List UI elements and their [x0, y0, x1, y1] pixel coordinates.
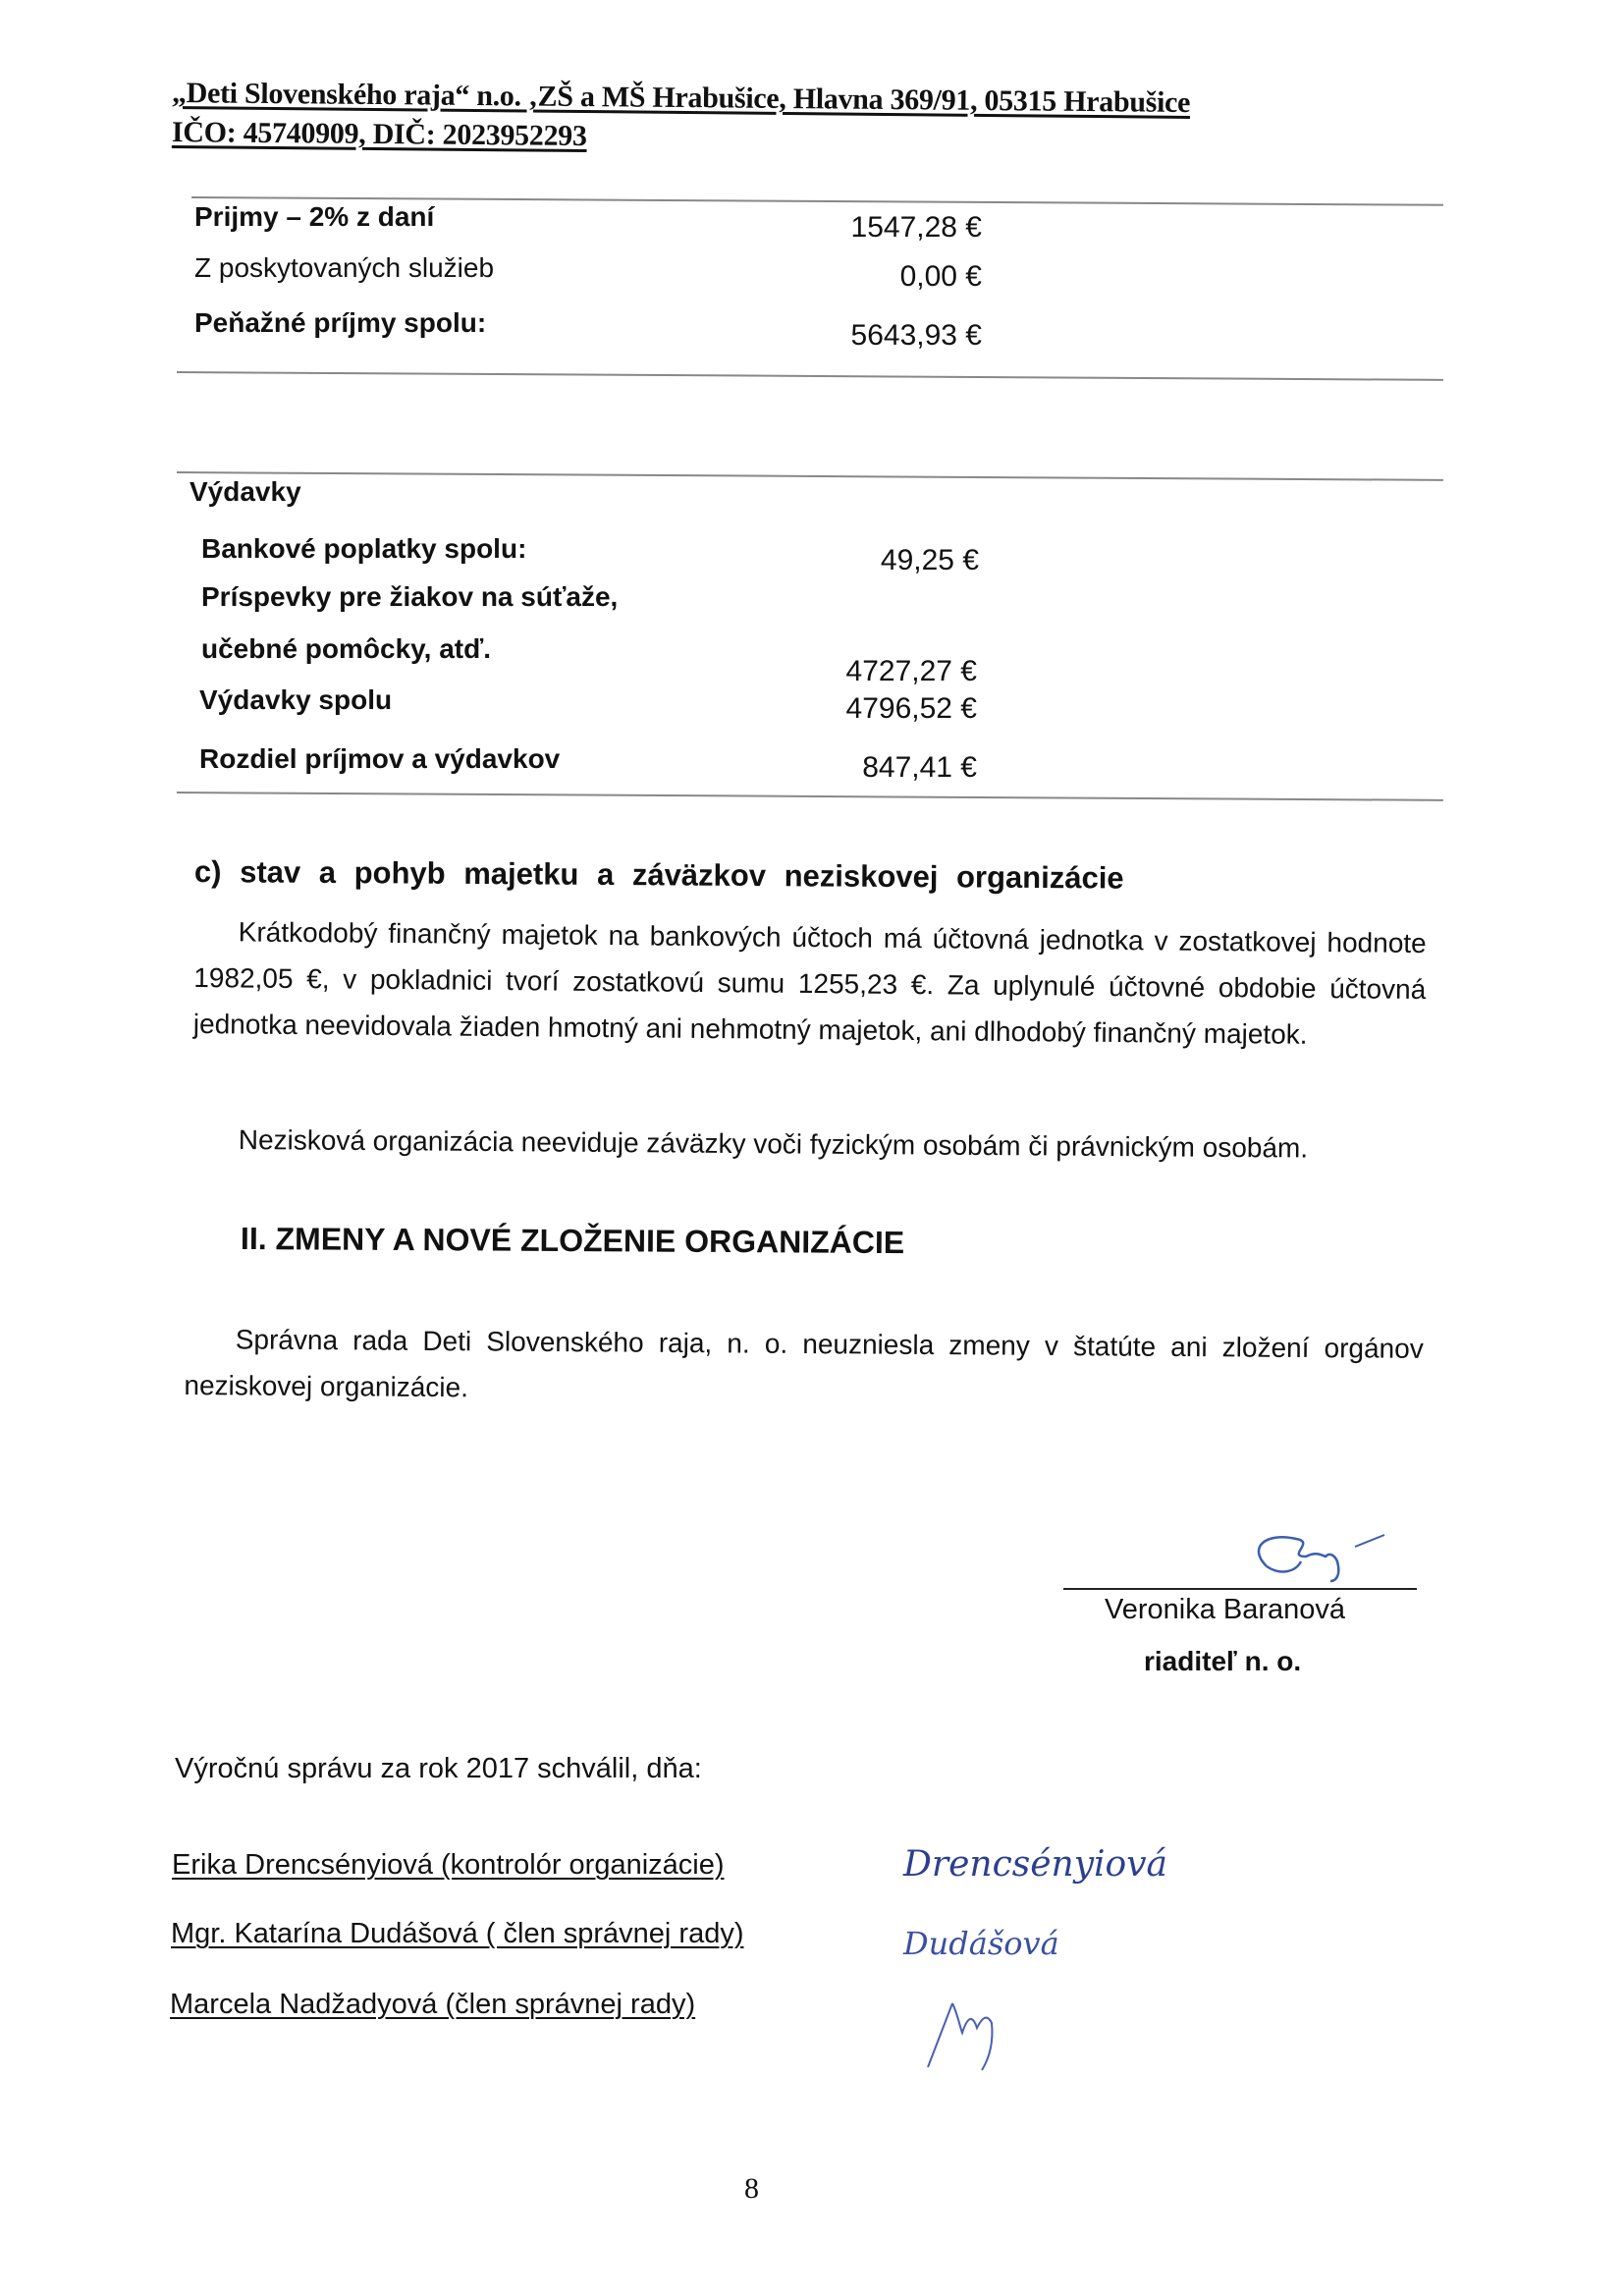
- approval-intro: Výročnú správu za rok 2017 schválil, dňa…: [175, 1753, 702, 1785]
- section-c-heading: c) stav a pohyb majetku a záväzkov nezis…: [194, 854, 1124, 897]
- director-signature-icon: [1227, 1527, 1404, 1586]
- section-c-paragraph-assets: Krátkodobý finančný majetok na bankových…: [193, 908, 1427, 1059]
- svg-text:Drencsényiová: Drencsényiová: [902, 1844, 1167, 1885]
- org-header-line: „Deti Slovenského raja“ n.o. ‚ZŠ a MŠ Hr…: [172, 77, 1190, 120]
- handwritten-signature-1-icon: Drencsényiová: [903, 1836, 1198, 1895]
- expense-value-contrib: 4727,27 €: [781, 655, 977, 688]
- svg-text:Dudášová: Dudášová: [902, 1925, 1059, 1962]
- expense-label-contrib-2: učebné pomôcky, atď.: [201, 633, 491, 665]
- income-bottom-rule: [177, 371, 1443, 381]
- expense-label-contrib-1: Príspevky pre žiakov na súťaže,: [201, 581, 618, 613]
- income-label-services: Z poskytovaných služieb: [194, 252, 494, 284]
- section-ii-paragraph: Správna rada Deti Slovenského raja, n. o…: [184, 1316, 1424, 1418]
- handwritten-signature-3-icon: [923, 1994, 1041, 2072]
- signatory-1: Erika Drencsényiová (kontrolór organizác…: [172, 1849, 725, 1882]
- director-name: Veronika Baranová: [1105, 1594, 1345, 1626]
- expense-label-total: Výdavky spolu: [199, 684, 392, 716]
- expenses-bottom-rule: [177, 792, 1443, 801]
- income-value-services: 0,00 €: [785, 260, 982, 294]
- page-number: 8: [744, 2172, 759, 2206]
- income-value-total: 5643,93 €: [785, 319, 982, 353]
- signatory-2: Mgr. Katarína Dudášová ( člen správnej r…: [171, 1918, 744, 1950]
- expense-label-bank: Bankové poplatky spolu:: [201, 533, 526, 565]
- expense-label-difference: Rozdiel príjmov a výdavkov: [199, 743, 560, 775]
- org-id-line: IČO: 45740909, DIČ: 2023952293: [172, 116, 587, 153]
- income-label-tax: Prijmy – 2% z daní: [194, 201, 434, 233]
- section-c-paragraph-liabilities: Nezisková organizácia neeviduje záväzky …: [239, 1117, 1446, 1173]
- income-value-tax: 1547,28 €: [785, 211, 982, 245]
- expense-value-total: 4796,52 €: [781, 692, 977, 726]
- director-signature-line: [1063, 1588, 1417, 1590]
- expense-value-difference: 847,41 €: [781, 751, 977, 785]
- signatory-3: Marcela Nadžadyová (člen správnej rady): [170, 1989, 695, 2021]
- director-role: riaditeľ n. o.: [1144, 1646, 1301, 1677]
- expense-value-bank: 49,25 €: [783, 544, 979, 577]
- section-ii-heading: II. ZMENY A NOVÉ ZLOŽENIE ORGANIZÁCIE: [241, 1221, 904, 1261]
- expenses-top-rule: [177, 471, 1443, 481]
- expenses-title: Výdavky: [189, 476, 301, 508]
- handwritten-signature-2-icon: Dudášová: [903, 1915, 1159, 1974]
- income-label-total: Peňažné príjmy spolu:: [194, 307, 486, 339]
- document-page: „Deti Slovenského raja“ n.o. ‚ZŠ a MŠ Hr…: [0, 0, 1624, 2296]
